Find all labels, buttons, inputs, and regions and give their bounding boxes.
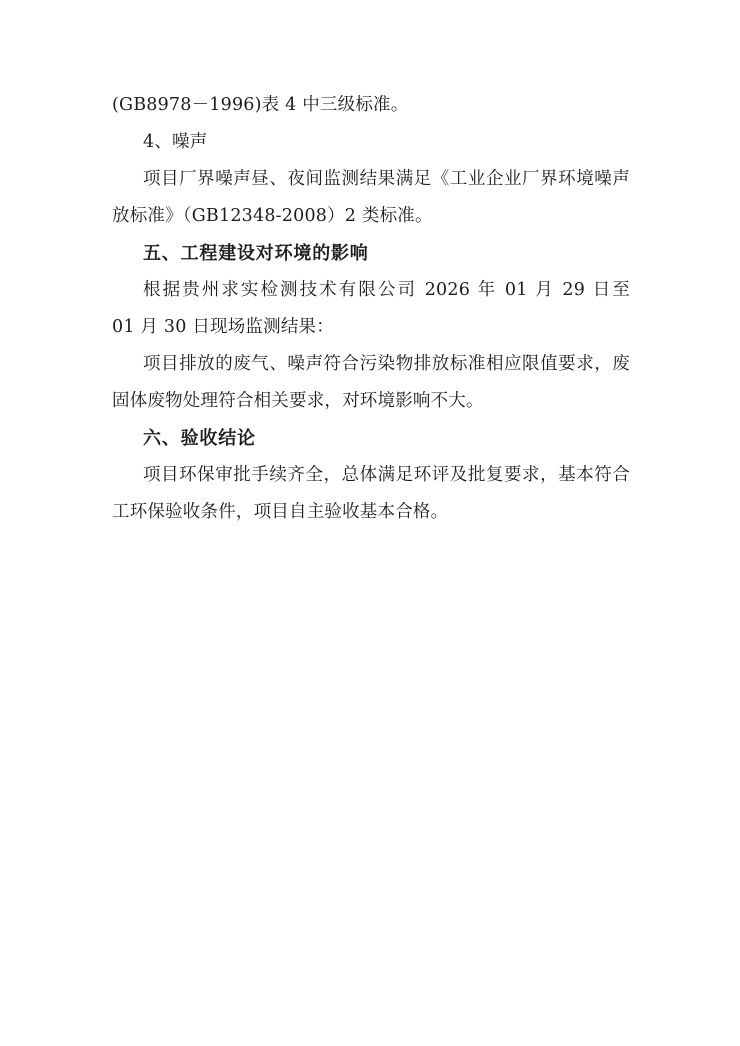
document-page: (GB8978－1996)表 4 中三级标准。 4、噪声 项目厂界噪声昼、夜间监… xyxy=(0,0,740,1046)
line-monitoring-dates-1: 根据贵州求实检测技术有限公司 2026 年 01 月 29 日至 2026 年 xyxy=(112,272,630,309)
line-noise-result-2: 放标准》（GB12348-2008）2 类标准。 xyxy=(112,198,630,235)
subheading-4-noise: 4、噪声 xyxy=(112,124,630,161)
line-monitoring-dates-2: 01 月 30 日现场监测结果： xyxy=(112,309,630,346)
heading-section-five-impact: 五、工程建设对环境的影响 xyxy=(112,235,630,272)
line-impact-summary-1: 项目排放的废气、噪声符合污染物排放标准相应限值要求，废水、 xyxy=(112,346,630,383)
line-conclusion-1: 项目环保审批手续齐全，总体满足环评及批复要求，基本符合竣 xyxy=(112,457,630,494)
line-conclusion-2: 工环保验收条件，项目自主验收基本合格。 xyxy=(112,494,630,531)
heading-section-six-conclusion: 六、验收结论 xyxy=(112,420,630,457)
line-noise-result-1: 项目厂界噪声昼、夜间监测结果满足《工业企业厂界环境噪声排 xyxy=(112,161,630,198)
line-impact-summary-2: 固体废物处理符合相关要求，对环境影响不大。 xyxy=(112,383,630,420)
line-prev-paragraph-standard: (GB8978－1996)表 4 中三级标准。 xyxy=(112,87,630,124)
